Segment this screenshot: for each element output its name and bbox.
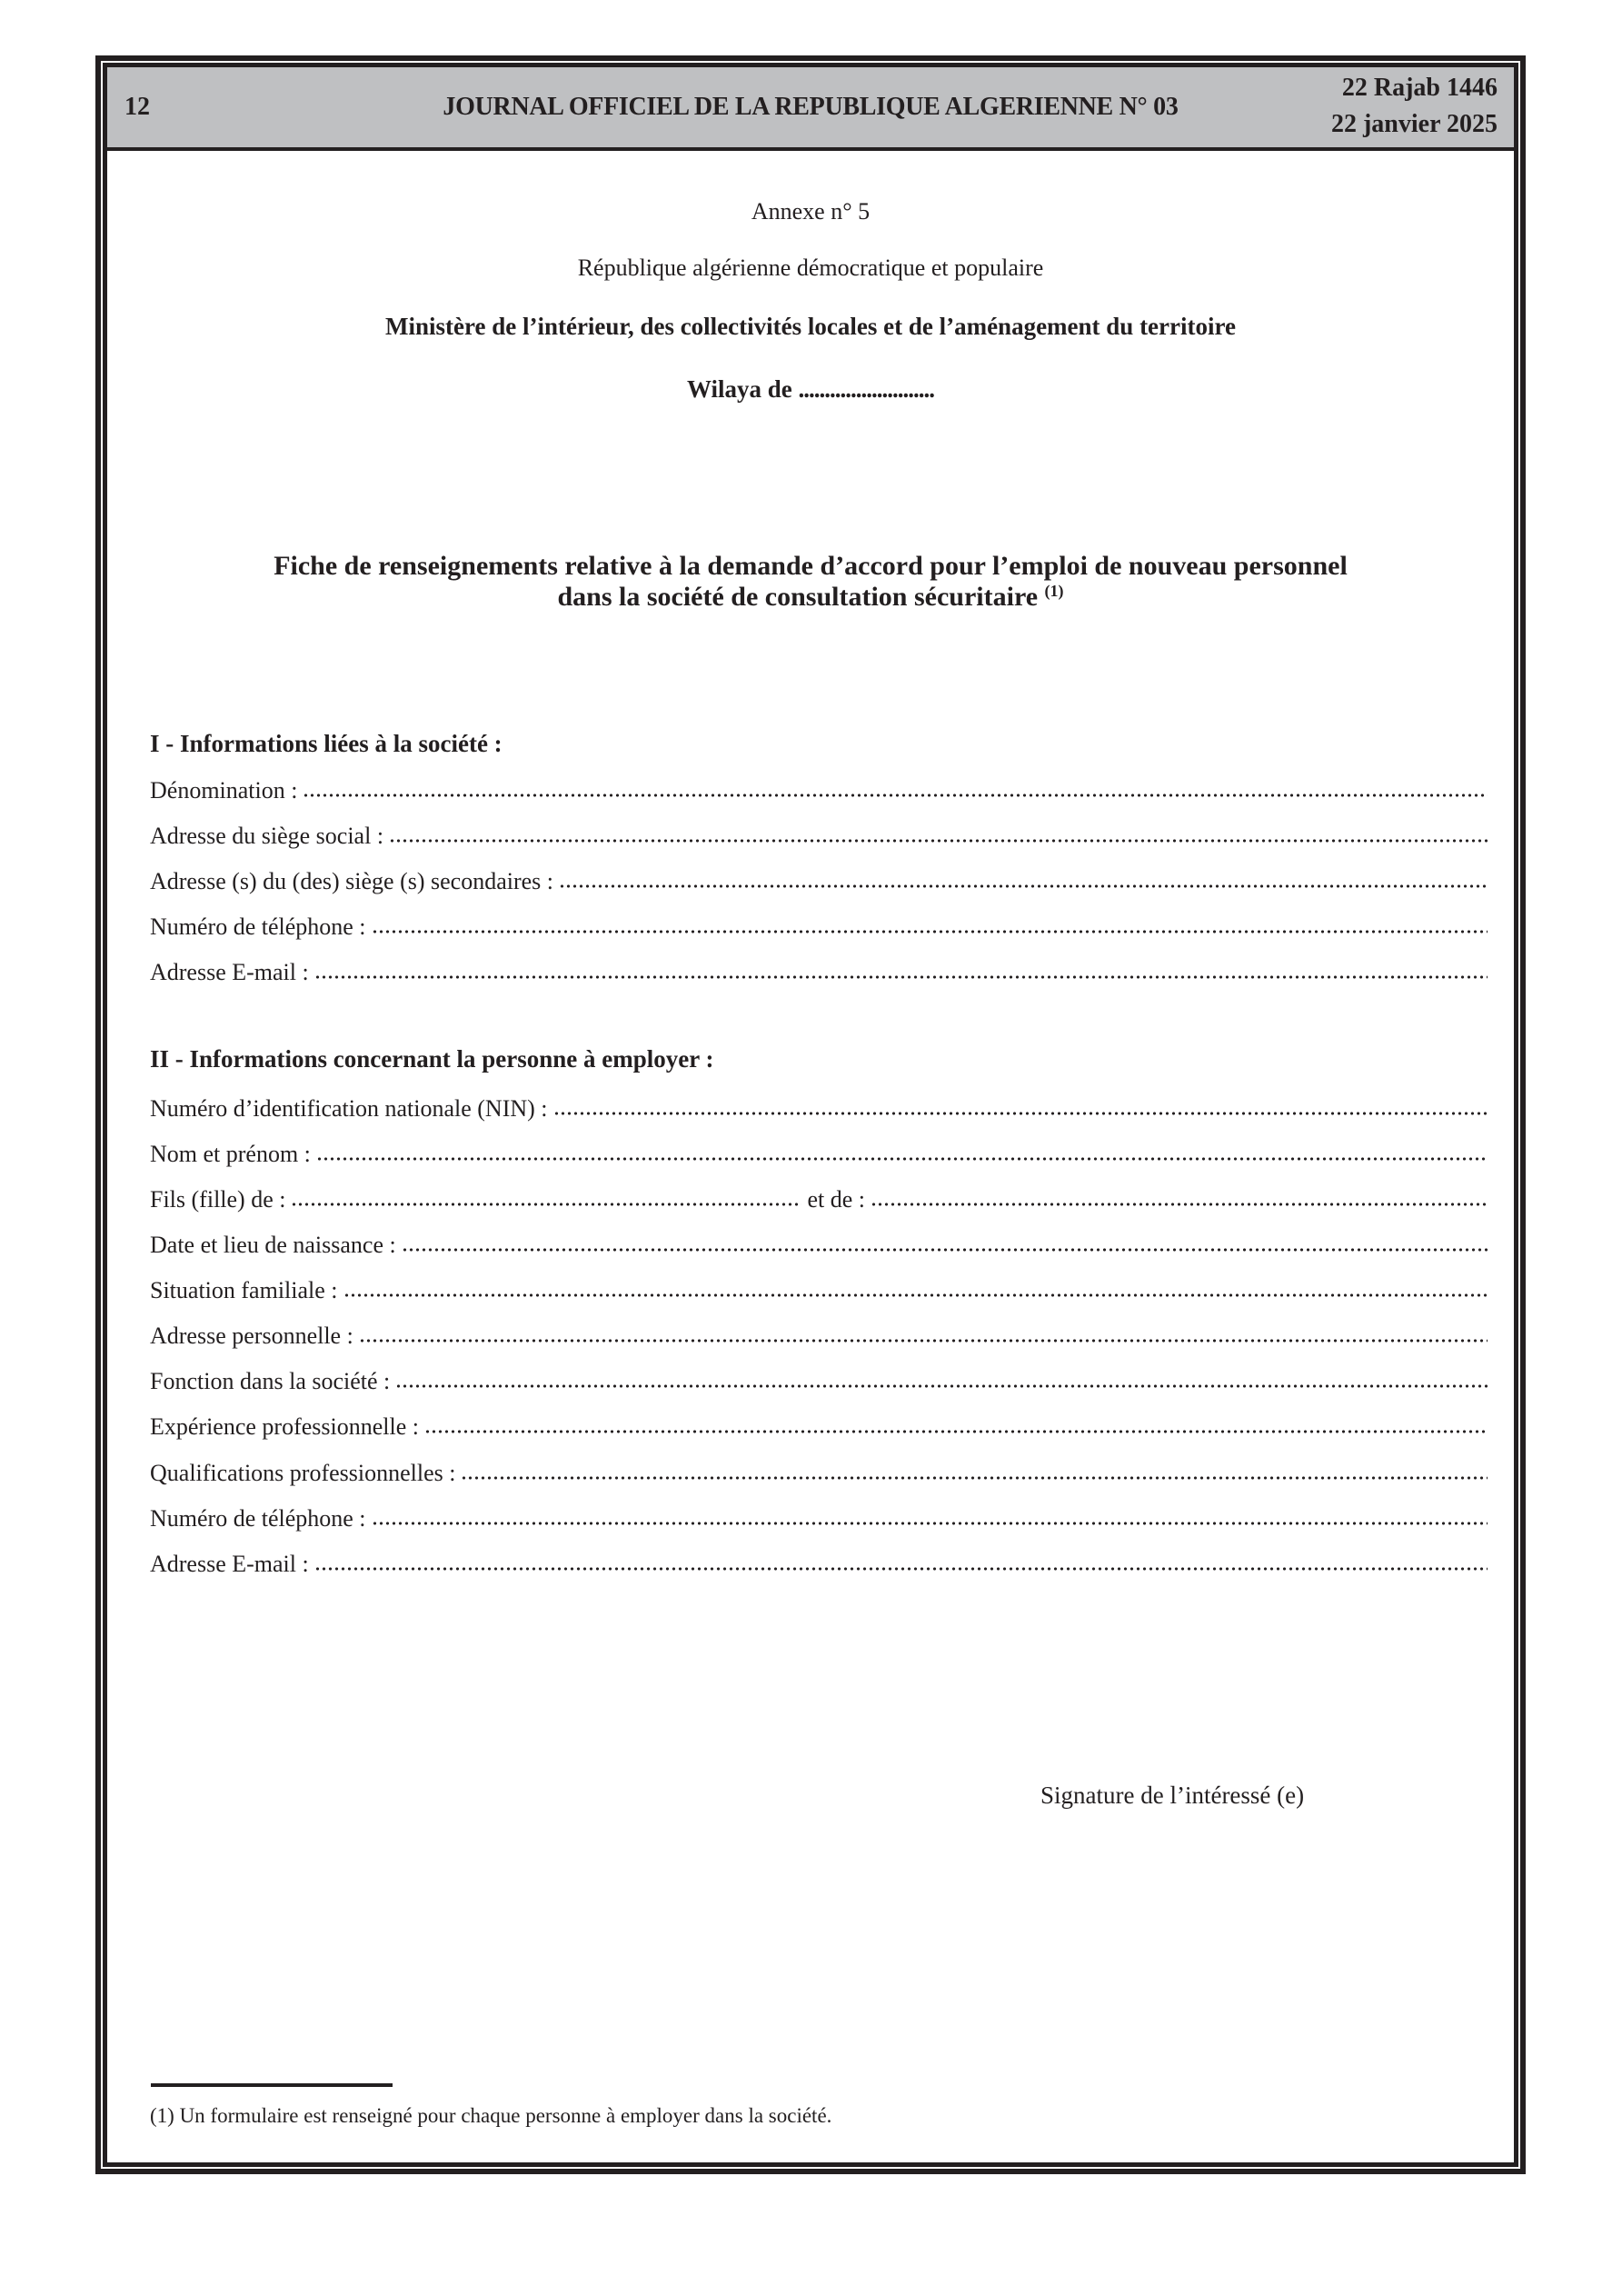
father-leader[interactable] [291,1202,801,1207]
field-denomination[interactable]: Dénomination : [150,775,1488,804]
field-job-function[interactable]: Fonction dans la société : [150,1366,1488,1395]
fill-in-leader[interactable] [553,1111,1488,1116]
field-label: Qualifications professionnelles : [150,1460,461,1487]
field-qualifications[interactable]: Qualifications professionnelles : [150,1458,1488,1487]
gregorian-date: 22 janvier 2025 [1331,112,1498,137]
fill-in-leader[interactable] [359,1338,1488,1343]
footnote: (1) Un formulaire est renseigné pour cha… [150,2104,831,2128]
journal-header: 12 JOURNAL OFFICIEL DE LA REPUBLIQUE ALG… [107,67,1514,151]
field-label: Dénomination : [150,777,303,804]
field-label: Nom et prénom : [150,1141,316,1168]
field-label: Fils (fille) de : [150,1186,291,1213]
fill-in-leader[interactable] [395,1383,1488,1389]
wilaya-field[interactable]: .......................... [799,375,935,403]
field-experience[interactable]: Expérience professionnelle : [150,1412,1488,1441]
field-label: Adresse E-mail : [150,1551,314,1578]
field-marital-status[interactable]: Situation familiale : [150,1275,1488,1304]
field-label: Numéro de téléphone : [150,913,372,941]
field-label: Adresse E-mail : [150,959,314,986]
fill-in-leader[interactable] [314,1566,1488,1572]
fill-in-leader[interactable] [372,1521,1488,1526]
section1-heading: I - Informations liées à la société : [150,730,503,758]
field-label: et de : [801,1186,871,1213]
fill-in-leader[interactable] [314,974,1488,980]
field-full-name[interactable]: Nom et prénom : [150,1139,1488,1168]
form-title-line1: Fiche de renseignements relative à la de… [107,551,1514,582]
field-label: Numéro de téléphone : [150,1505,372,1532]
fill-in-leader[interactable] [316,1156,1488,1162]
fill-in-leader[interactable] [402,1247,1488,1253]
fill-in-leader[interactable] [389,838,1488,844]
fill-in-leader[interactable] [372,929,1488,934]
field-label: Adresse du siège social : [150,823,389,850]
field-person-phone[interactable]: Numéro de téléphone : [150,1503,1488,1532]
form-title-line2: dans la société de consultation sécurita… [107,582,1514,613]
field-personal-address[interactable]: Adresse personnelle : [150,1321,1488,1350]
field-label: Adresse (s) du (des) siège (s) secondair… [150,868,559,895]
footnote-reference: (1) [1045,582,1064,600]
fill-in-leader[interactable] [424,1429,1488,1434]
field-head-office-address[interactable]: Adresse du siège social : [150,821,1488,850]
field-label: Situation familiale : [150,1277,343,1304]
form-title: Fiche de renseignements relative à la de… [107,551,1514,613]
hijri-date: 22 Rajab 1446 [1342,75,1498,101]
field-secondary-offices-address[interactable]: Adresse (s) du (des) siège (s) secondair… [150,866,1488,895]
fill-in-leader[interactable] [461,1475,1488,1481]
fill-in-leader[interactable] [303,793,1488,798]
field-company-email[interactable]: Adresse E-mail : [150,957,1488,986]
journal-title: JOURNAL OFFICIEL DE LA REPUBLIQUE ALGERI… [107,95,1514,120]
wilaya-line: Wilaya de .......................... [107,375,1514,404]
field-label: Adresse personnelle : [150,1323,359,1350]
field-parents[interactable]: Fils (fille) de :et de : [150,1184,1488,1213]
field-person-email[interactable]: Adresse E-mail : [150,1549,1488,1578]
field-label: Date et lieu de naissance : [150,1232,402,1259]
ministry-name: Ministère de l’intérieur, des collectivi… [107,313,1514,341]
section2-heading: II - Informations concernant la personne… [150,1045,713,1073]
republic-name: République algérienne démocratique et po… [107,255,1514,282]
signature-label: Signature de l’intéressé (e) [1040,1782,1304,1810]
fill-in-leader[interactable] [343,1293,1488,1298]
field-label: Fonction dans la société : [150,1368,395,1395]
field-nin[interactable]: Numéro d’identification nationale (NIN) … [150,1093,1488,1123]
footnote-separator [151,2083,393,2087]
wilaya-label: Wilaya de [687,375,799,403]
fill-in-leader[interactable] [559,883,1488,889]
mother-leader[interactable] [871,1202,1488,1207]
field-label: Expérience professionnelle : [150,1413,424,1441]
field-company-phone[interactable]: Numéro de téléphone : [150,912,1488,941]
field-birth-date-place[interactable]: Date et lieu de naissance : [150,1230,1488,1259]
annex-number: Annexe n° 5 [107,198,1514,225]
field-label: Numéro d’identification nationale (NIN) … [150,1095,553,1123]
